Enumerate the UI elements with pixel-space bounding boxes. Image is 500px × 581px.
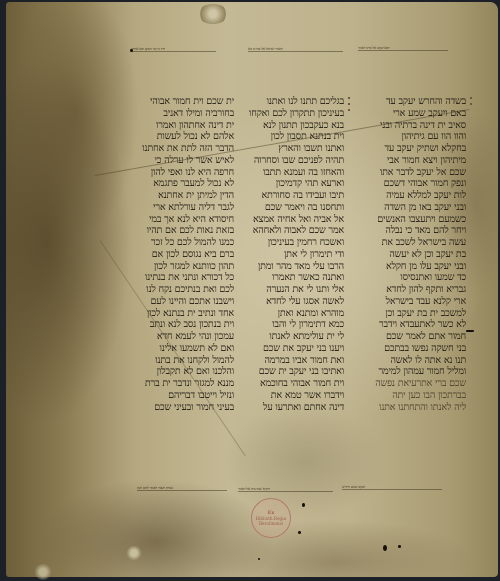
ink-dot (130, 49, 133, 52)
text-line: בנא כעקבכון תתנון לנא (249, 120, 344, 132)
text-line: אלי ותנו לי את הנערה (249, 284, 344, 296)
text-line: כמנו להמול לכם כל זכר (130, 237, 234, 249)
text-line: דינה אחתם ואתרעו על (249, 402, 344, 414)
top-catchword-middle: ויאמר ישראל אל בניו כי בא (248, 46, 343, 52)
text-line: ית דינה אחתהון ואמרו (130, 120, 234, 132)
text-column-right: בשדה והחרש יעקב עד באם ויעקב שמע ארי סאי… (366, 96, 466, 413)
text-line: ואתנו תשבו והארץ (249, 143, 344, 155)
text-line: הדין למיתן ית אחתנא (130, 190, 234, 202)
top-catchword-right: ויבא יעקב אל ביתו ויאמר (358, 45, 448, 51)
pricking-mark (470, 97, 472, 99)
text-line: ואשכח רחמין בעיניכון (249, 237, 344, 249)
text-line: וישבנו אתכם והיינו לעם (130, 296, 234, 308)
pricking-mark (470, 103, 472, 105)
text-line: לאשה אסגו עלי לחדא (249, 296, 344, 308)
top-catchword-left: ויהי כי נגד ויעקב יבא אחריו (131, 46, 216, 52)
text-line: תנו נא אתה לו לאשה (366, 355, 466, 367)
text-line: בני חשקה נפשו בבתכם (366, 343, 466, 355)
text-line: ברם ביא נגוסם לכון אם (130, 249, 234, 261)
text-line: ואם לא תשמעו אלינו (130, 343, 234, 355)
text-line: ודי תימרון לי אתן (249, 249, 344, 261)
text-line: חיסודא היא לנא אך במי (130, 214, 234, 226)
text-line: חמור אתם לאמר שכם (366, 331, 466, 343)
text-line: אלהם לא נכול לעשות (130, 131, 234, 143)
text-line: עמכון ונהי לעמא חדא (130, 331, 234, 343)
text-line: באם ויעקב שמע ארי (366, 108, 466, 120)
text-line: לגבר דליה עורלתא ארי (130, 202, 234, 214)
text-line: לי ית עולימתא לאנתו (249, 331, 344, 343)
library-stamp: Ex Biblioth.Regia Berolinensi (251, 498, 291, 538)
text-line: כל דכורא ונתני את בנתינו (130, 272, 234, 284)
text-line: ויחר להם מאד כי נבלה (366, 225, 466, 237)
text-line: אחד ונתיב ית בנתנא לכון (130, 308, 234, 320)
text-line: ליה לאנתו והתחתנו אתנו (366, 402, 466, 414)
text-line: ובני יעקב באו מן השדה (366, 202, 466, 214)
text-line: ויענו בני יעקב את שכם (249, 343, 344, 355)
ink-blot (466, 330, 474, 332)
text-line: בשדה והחרש יעקב עד (366, 96, 466, 108)
ink-blot (383, 545, 387, 551)
text-line: תהיה לפניכם שבו וסחרוה (249, 155, 344, 167)
ink-blot (258, 558, 260, 560)
text-line: ונפק חמור אבוהי דשכם (366, 178, 466, 190)
text-line: ית שכם וית חמור אבוהי (130, 96, 234, 108)
text-line: מוהרא ומתנא ואתן (249, 308, 344, 320)
text-line: וית בנתנא תסבון לכון (249, 131, 344, 143)
text-line: והוו הוו עם גיתיהון (366, 131, 466, 143)
text-line: גבריא ותקף להון לחדא (366, 284, 466, 296)
text-line: חרפה היא לנו ואפי להון (130, 167, 234, 179)
text-line: ונזיל וייטבו דבריהם (130, 390, 234, 402)
text-column-middle: בגליכם תתנו לנו ואתנו בעיניכון תתקרון לכ… (249, 96, 344, 413)
text-line: בעיניכון תתקרון לכם ואקחת (249, 108, 344, 120)
pricking-mark (348, 97, 350, 99)
text-line: ואת חמור אביו במרמה (249, 355, 344, 367)
text-line: תיבו ועבידו בה סחורתא (249, 190, 344, 202)
text-line: והלכנו ואם לא תקבלון (130, 366, 234, 378)
text-line: והאחזו בה ועמנא תתבו (249, 167, 344, 179)
text-line: הדבר הזה לתת את אחתנו (130, 143, 234, 155)
text-line: לות יעקב למללא עמיה (366, 190, 466, 202)
text-line: עשה בישראל לשכב את (366, 237, 466, 249)
text-line: מיתיהון ויצא חמור אבי (366, 155, 466, 167)
text-line: וידברו אשר טמא את (249, 390, 344, 402)
text-line: כמא דתימרון לי והבו (249, 319, 344, 331)
stamp-line: Berolinensi (259, 521, 283, 526)
text-line: בגליכם תתנו לנו ואתנו (249, 96, 344, 108)
text-line: תהון כוותנא למגזר לכון (130, 261, 234, 273)
text-line: ואתיבו בני יעקב ית שכם (249, 366, 344, 378)
text-line: וית חמור אבוהי בחוכמא (249, 378, 344, 390)
text-line: מננא למגזר ונדבר ית ברת (130, 378, 234, 390)
water-stain (126, 546, 142, 560)
text-line: לאיש אשר לו ערלה כי (130, 155, 234, 167)
pricking-mark (348, 109, 350, 111)
ink-blot (302, 503, 305, 507)
text-line: שכם אל יעקב לדבר אתו (366, 167, 466, 179)
ink-blot (298, 531, 301, 534)
text-line: שכם ברי אתרעיאת נפשה (366, 378, 466, 390)
text-line: ומליל חמור עמהון למימר (366, 366, 466, 378)
text-line: בברתכון הבו כען יתה (366, 390, 466, 402)
water-stain (34, 564, 52, 580)
text-line: ובני יעקב עלו מן חקלא (366, 261, 466, 273)
text-line: וית בנתכון נסב לנא ונתב (130, 319, 234, 331)
text-line: כד שמעו ואתנסיסו (366, 272, 466, 284)
text-line: בחורביה ומילו דאניב (130, 108, 234, 120)
water-stain (198, 4, 228, 24)
text-line: בזאת נאות לכם אם תהיו (130, 225, 234, 237)
text-line: בחקלא ושתיק יעקב עד (366, 143, 466, 155)
text-line: אל אביה ואל אחיה אמצא (249, 214, 344, 226)
text-line: למשכב ית בת יעקב וכן (366, 308, 466, 320)
text-line: אמר שכם לאבוה ולאחהא (249, 225, 344, 237)
text-line: לכם ואת בנתיכם נקח לנו (130, 284, 234, 296)
text-line: ארי קלנא עבד בישראל (366, 296, 466, 308)
text-line: הרבו עלי מאד מהר ומתן (249, 261, 344, 273)
text-line: לא כשר לאתעבדא וידבר (366, 319, 466, 331)
bottom-note-right: ויעקב שמע ויחרש (342, 484, 442, 490)
text-line: וארעא תהי קדמיכון (249, 178, 344, 190)
bottom-note-left: בנחת ויעבר ויאמר להם הנה (137, 485, 227, 491)
text-line: כשמעם ויתעצבו האנשים (366, 214, 466, 226)
pricking-mark (348, 103, 350, 105)
text-line: ואתנה כאשר תאמרו (249, 272, 344, 284)
bottom-note-middle: ויקרא שמו בית אל ויאמר (238, 486, 333, 492)
text-line: בת יעקב וכן לא יעשה (366, 249, 466, 261)
text-line: סאיב ית דינה ברתיה ובני (366, 120, 466, 132)
text-line: להמול ולקחנו את בתנו (130, 355, 234, 367)
text-line: בעיני חמור ובעיני שכם (130, 402, 234, 414)
ink-blot (398, 545, 401, 548)
text-line: לא נכול למעבר פתגמא (130, 178, 234, 190)
text-column-left: ית שכם וית חמור אבוהי בחורביה ומילו דאני… (130, 96, 234, 413)
text-line: ותחסנו בה ויאמר שכם (249, 202, 344, 214)
